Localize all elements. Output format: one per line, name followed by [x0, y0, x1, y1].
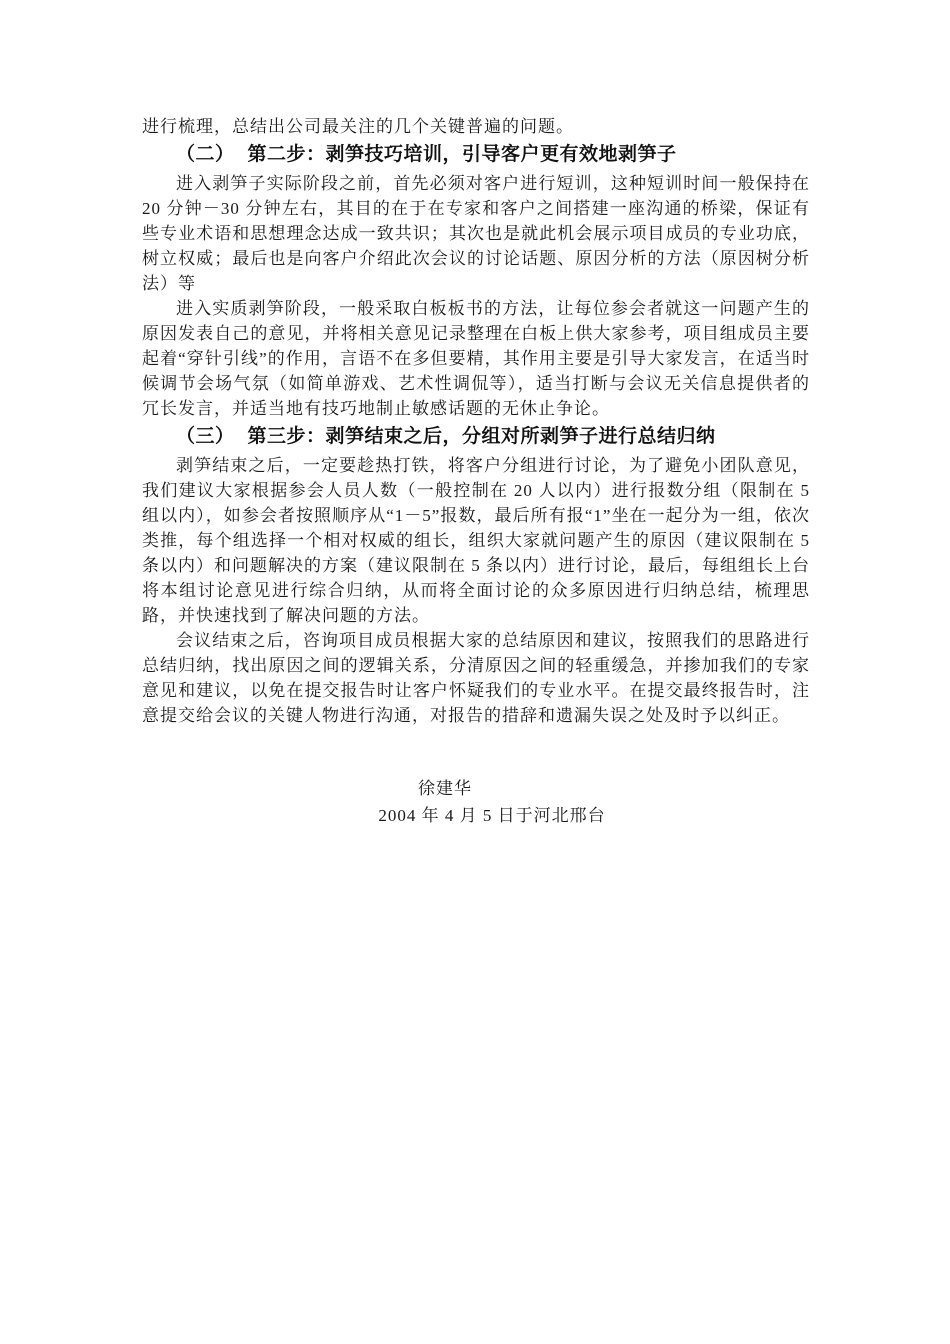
document-page: 进行梳理，总结出公司最关注的几个关键普遍的问题。 （二）第二步：剥笋技巧培训，引… [0, 0, 950, 1344]
paragraph-continuation: 进行梳理，总结出公司最关注的几个关键普遍的问题。 [142, 114, 810, 139]
heading-step3-title: 第三步：剥笋结束之后，分组对所剥笋子进行总结归纳 [248, 426, 716, 447]
heading-step3-number: （三） [176, 426, 235, 447]
signature-author: 徐建华 [142, 775, 810, 802]
signature-block: 徐建华 2004 年 4 月 5 日于河北邢台 [142, 775, 810, 829]
heading-step2: （二）第二步：剥笋技巧培训，引导客户更有效地剥笋子 [142, 139, 810, 171]
paragraph-grouping: 剥笋结束之后，一定要趁热打铁，将客户分组进行讨论，为了避免小团队意见，我们建议大… [142, 453, 810, 628]
paragraph-whiteboard: 进入实质剥笋阶段，一般采取白板板书的方法，让每位参会者就这一问题产生的原因发表自… [142, 296, 810, 421]
heading-step2-number: （二） [176, 144, 235, 165]
paragraph-summary: 会议结束之后，咨询项目成员根据大家的总结原因和建议，按照我们的思路进行总结归纳，… [142, 628, 810, 728]
heading-step2-title: 第二步：剥笋技巧培训，引导客户更有效地剥笋子 [248, 144, 677, 165]
paragraph-training: 进入剥笋子实际阶段之前，首先必须对客户进行短训，这种短训时间一般保持在 20 分… [142, 171, 810, 296]
signature-date: 2004 年 4 月 5 日于河北邢台 [142, 802, 810, 829]
heading-step3: （三）第三步：剥笋结束之后，分组对所剥笋子进行总结归纳 [142, 421, 810, 453]
